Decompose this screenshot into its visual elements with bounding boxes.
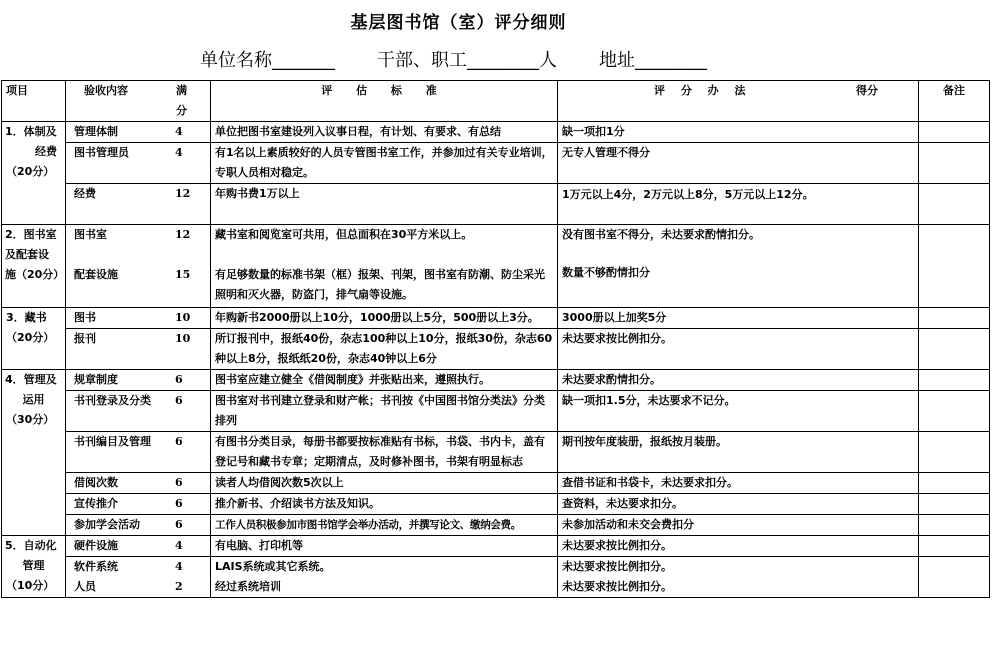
header-content: 验收内容 满分 [66,81,211,122]
standard-text: 年购新书2000册以上10分，1000册以上5分，500册以上3分。 [211,308,558,329]
content-label: 书刊登录及分类 [66,391,171,411]
table-row: 书刊编目及管理6 有图书分类目录，每册书都要按标准贴有书标，书袋、书内卡，盖有登… [2,432,990,473]
standard-text: LAIS系统或其它系统。 [215,557,553,577]
content-label: 经费 [66,184,171,204]
table-header-row: 项目 验收内容 满分 评 估 标 准 评 分 办 法 得分 备注 [2,81,990,122]
full-points: 6 [171,473,207,493]
full-points: 10 [171,308,207,328]
method-text: 查借书证和书袋卡，未达要求扣分。 [558,473,919,494]
full-points: 2 [171,577,207,597]
content-label: 图书管理员 [66,143,171,163]
standard-text: 年购书费1万以上 [211,184,558,225]
full-points: 4 [171,536,207,556]
content-label: 图书室 [66,225,171,245]
full-points: 4 [171,557,207,577]
remark-cell[interactable] [919,473,990,494]
section-5-label: 5．自动化 管理 （10分） [2,536,66,598]
full-points: 6 [171,391,207,411]
page-title: 基层图书馆（室）评分细则 [0,8,997,33]
method-text: 未达要求按比例扣分。 [558,329,919,370]
standard-text: 工作人员积极参加市图书馆学会举办活动，并撰写论文、缴纳会费。 [211,515,558,536]
table-row: 借阅次数6 读者人均借阅次数5次以上 查借书证和书袋卡，未达要求扣分。 [2,473,990,494]
method-text: 未达要求按比例扣分。 [558,536,919,557]
header-standard: 评 估 标 准 [211,81,558,122]
remark-cell[interactable] [919,536,990,557]
remark-cell[interactable] [919,329,990,370]
standard-text: 单位把图书室建设列入议事日程，有计划、有要求、有总结 [211,122,558,143]
full-points: 4 [171,122,207,142]
remark-cell[interactable] [919,515,990,536]
remark-cell[interactable] [919,391,990,432]
table-row: 书刊登录及分类6 图书室对书刊建立登录和财产帐；书刊按《中国图书馆分类法》分类排… [2,391,990,432]
table-row: 报刊10 所订报刊中，报纸40份，杂志100种以上10分，报纸30份，杂志60种… [2,329,990,370]
content-label: 宣传推介 [66,494,171,514]
standard-text: 所订报刊中，报纸40份，杂志100种以上10分，报纸30份，杂志60种以上8分，… [211,329,558,370]
content-label: 参加学会活动 [66,515,171,535]
remark-cell[interactable] [919,432,990,473]
remark-cell[interactable] [919,370,990,391]
method-text: 缺一项扣1分 [558,122,919,143]
standard-text: 有电脑、打印机等 [211,536,558,557]
standard-text: 有足够数量的标准书架（框）报架、刊架，图书室有防潮、防尘采光照明和灭火器，防盗门… [215,265,553,305]
method-text: 3000册以上加奖5分 [558,308,919,329]
remark-cell[interactable] [919,184,990,225]
standard-text: 经过系统培训 [215,577,553,597]
content-label: 书刊编目及管理 [66,432,171,452]
standard-text: 有1名以上素质较好的人员专管图书室工作，并参加过有关专业培训，专职人员相对稳定。 [211,143,558,184]
section-4-label: 4．管理及 运用 （30分） [2,370,66,536]
table-row: 参加学会活动6 工作人员积极参加市图书馆学会举办活动，并撰写论文、缴纳会费。 未… [2,515,990,536]
full-points: 6 [171,515,207,535]
header-full-score: 满分 [171,81,207,121]
standard-text: 推介新书、介绍读书方法及知识。 [211,494,558,515]
content-label: 图书 [66,308,171,328]
content-label: 规章制度 [66,370,171,390]
remark-cell[interactable] [919,308,990,329]
full-points: 4 [171,143,207,163]
remark-cell[interactable] [919,557,990,598]
standard-text: 读者人均借阅次数5次以上 [211,473,558,494]
header-content-label: 验收内容 [66,81,171,121]
table-row: 1．体制及 经费 （20分） 管理体制4 单位把图书室建设列入议事日程，有计划、… [2,122,990,143]
table-row: 5．自动化 管理 （10分） 硬件设施4 有电脑、打印机等 未达要求按比例扣分。 [2,536,990,557]
standard-text: 图书室对书刊建立登录和财产帐；书刊按《中国图书馆分类法》分类排列 [211,391,558,432]
content-label: 配套设施 [66,265,171,285]
header-score-label: 得分 [856,81,918,101]
content-label: 报刊 [66,329,171,349]
full-points: 12 [171,184,207,204]
content-label: 借阅次数 [66,473,171,493]
header-item: 项目 [2,81,66,122]
method-text: 没有图书室不得分，未达要求酌情扣分。 [562,225,918,245]
method-text: 期刊按年度装册，报纸按月装册。 [558,432,919,473]
remark-cell[interactable] [919,122,990,143]
method-text: 数量不够酌情扣分 [562,263,918,283]
standard-text: 有图书分类目录，每册书都要按标准贴有书标，书袋、书内卡，盖有登记号和藏书专章；定… [211,432,558,473]
table-row: 图书管理员4 有1名以上素质较好的人员专管图书室工作，并参加过有关专业培训，专职… [2,143,990,184]
table-row: 经费12 年购书费1万以上 1万元以上4分，2万元以上8分，5万元以上12分。 [2,184,990,225]
header-method-label: 评 分 办 法 [558,81,752,101]
method-text: 缺一项扣1.5分，未达要求不记分。 [558,391,919,432]
full-points: 12 [171,225,207,245]
content-label: 管理体制 [66,122,171,142]
content-label: 软件系统 [66,557,171,577]
remark-cell[interactable] [919,494,990,515]
remark-cell[interactable] [919,143,990,184]
full-points: 6 [171,494,207,514]
scoring-table: 项目 验收内容 满分 评 估 标 准 评 分 办 法 得分 备注 1．体制及 经… [1,80,990,598]
method-text: 查资料，未达要求扣分。 [558,494,919,515]
method-text: 未参加活动和未交会费扣分 [558,515,919,536]
standard-text: 图书室应建立健全《借阅制度》并张贴出来，遵照执行。 [211,370,558,391]
table-row: 宣传推介6 推介新书、介绍读书方法及知识。 查资料，未达要求扣分。 [2,494,990,515]
section-1-label: 1．体制及 经费 （20分） [2,122,66,225]
unit-name-field[interactable]: 单位名称_______ [200,50,335,71]
method-text: 无专人管理不得分 [558,143,919,184]
header-method: 评 分 办 法 得分 [558,81,919,122]
table-row: 3．藏书 （20分） 图书10 年购新书2000册以上10分，1000册以上5分… [2,308,990,329]
section-2-label: 2．图书室 及配套设 施（20分） [2,225,66,308]
staff-count-field[interactable]: 干部、职工________人 [377,50,557,71]
content-label: 人员 [66,577,171,597]
title-text: 基层图书馆（室）评分细则 [351,13,567,33]
full-points: 15 [171,265,207,285]
address-field[interactable]: 地址________ [599,50,707,71]
content-label: 硬件设施 [66,536,171,556]
section-3-label: 3．藏书 （20分） [2,308,66,370]
header-remark: 备注 [919,81,990,122]
table-row: 2．图书室 及配套设 施（20分） 图书室12 配套设施15 藏书室和阅览室可共… [2,225,990,308]
method-text: 未达要求按比例扣分。 [562,577,918,597]
method-text: 1万元以上4分，2万元以上8分，5万元以上12分。 [558,184,919,225]
full-points: 6 [171,370,207,390]
method-text: 未达要求按比例扣分。 [562,557,918,577]
remark-cell[interactable] [919,225,990,308]
full-points: 10 [171,329,207,349]
form-header-line: 单位名称_______干部、职工________人地址________ [200,46,749,72]
table-row: 4．管理及 运用 （30分） 规章制度6 图书室应建立健全《借阅制度》并张贴出来… [2,370,990,391]
table-row: 软件系统4 人员2 LAIS系统或其它系统。 经过系统培训 未达要求按比例扣分。… [2,557,990,598]
standard-text: 藏书室和阅览室可共用，但总面积在30平方米以上。 [215,225,553,245]
full-points: 6 [171,432,207,452]
method-text: 未达要求酌情扣分。 [558,370,919,391]
